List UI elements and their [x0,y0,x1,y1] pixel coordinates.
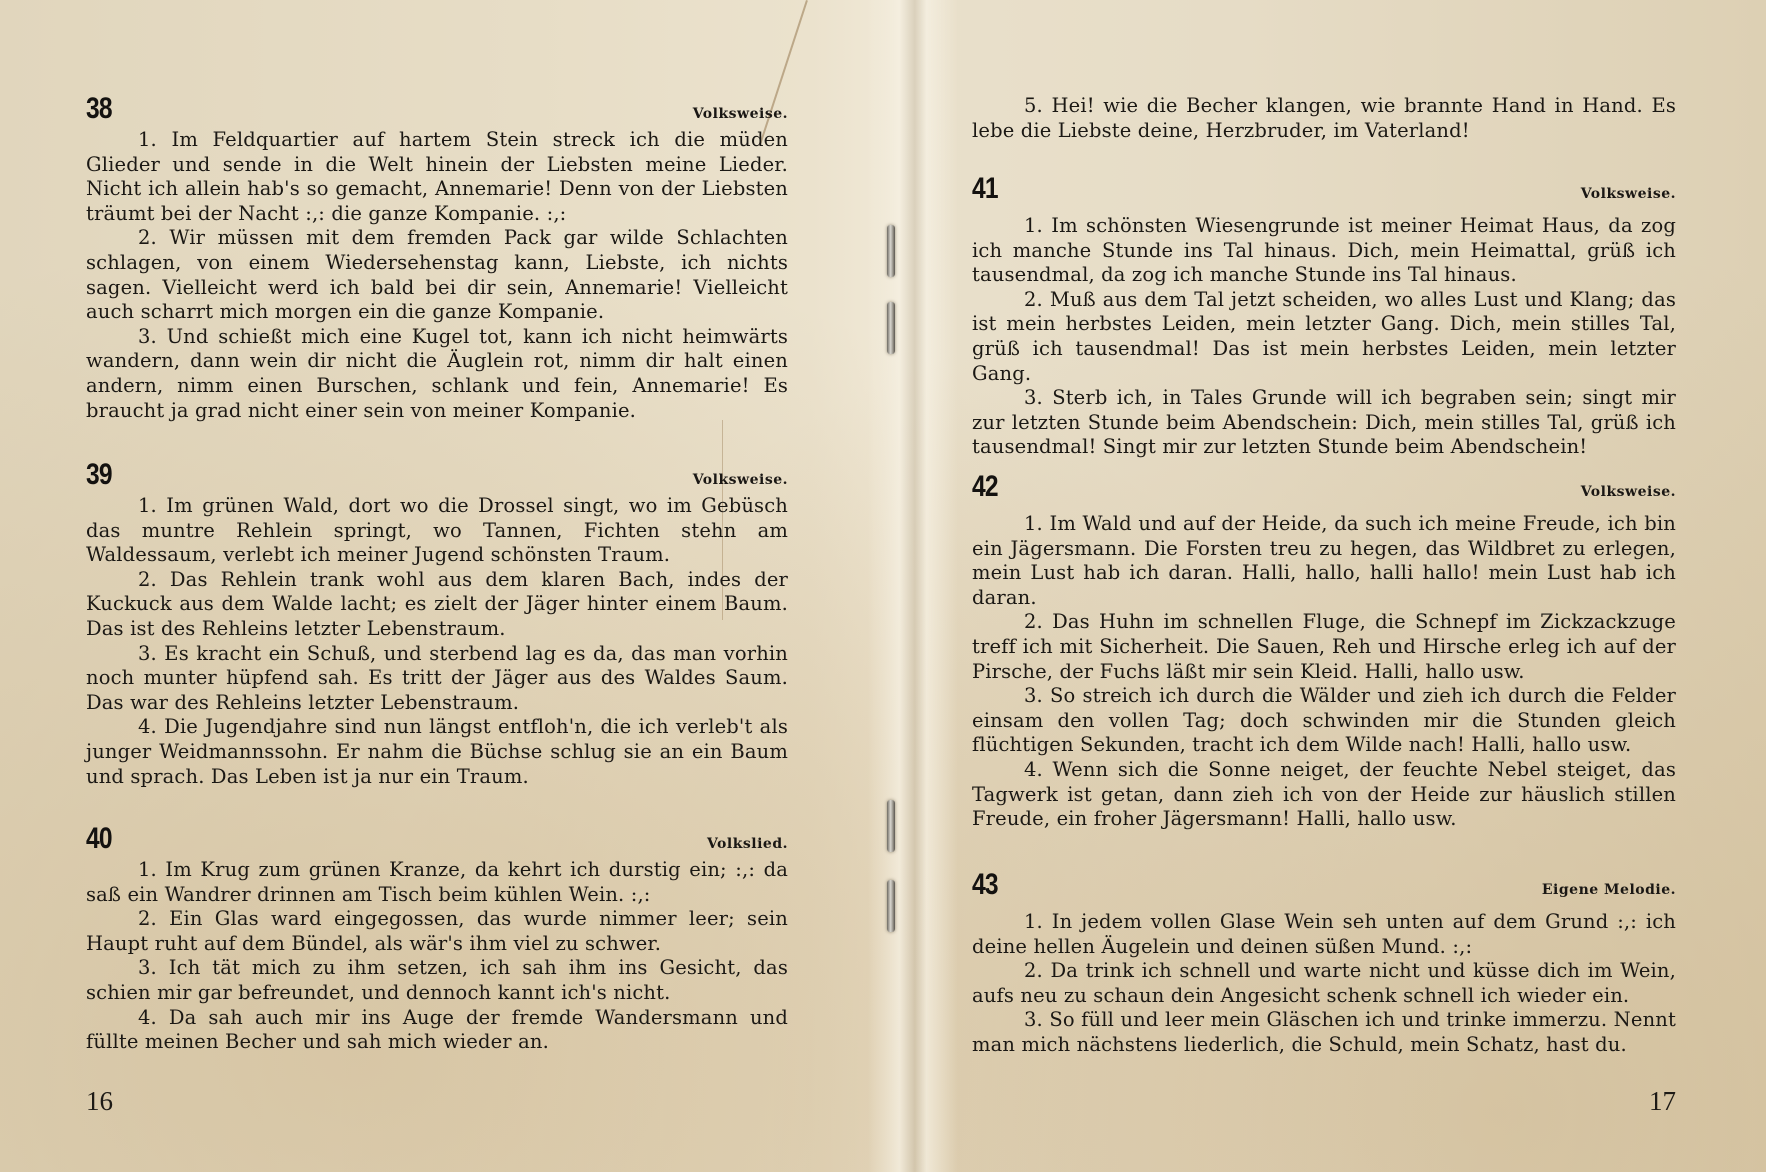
booklet-spread: 38 Volksweise. 1. Im Feldquartier auf ha… [0,0,1766,1172]
verse: 1. Im Wald und auf der Heide, da such ic… [972,512,1676,610]
page-number: 16 [86,1086,113,1117]
left-page: 38 Volksweise. 1. Im Feldquartier auf ha… [86,0,788,1172]
verse: 1. In jedem vollen Glase Wein seh unten … [972,910,1676,959]
song-header: 40 Volkslied. [86,822,788,856]
song-number: 41 [972,172,998,206]
song-header: 43 Eigene Melodie. [972,868,1676,902]
verse: 3. Es kracht ein Schuß, und sterbend lag… [86,642,788,716]
song-header: 39 Volksweise. [86,458,788,492]
staple [887,302,895,354]
song-header: 38 Volksweise. [86,92,788,126]
verses: 1. Im Feldquartier auf hartem Stein stre… [86,128,788,423]
song-43: 43 Eigene Melodie. 1. In jedem vollen Gl… [972,868,1676,1058]
verse: 3. So füll und leer mein Gläschen ich un… [972,1008,1676,1057]
verse: 2. Muß aus dem Tal jetzt scheiden, wo al… [972,288,1676,386]
song-tune: Volksweise. [693,472,788,492]
song-40: 40 Volkslied. 1. Im Krug zum grünen Kran… [86,822,788,1055]
song-number: 39 [86,458,112,492]
verse: 2. Ein Glas ward eingegossen, das wurde … [86,907,788,956]
verse: 5. Hei! wie die Becher klangen, wie bran… [972,94,1676,143]
song-tune: Volksweise. [1581,484,1676,504]
verse: 1. Im grünen Wald, dort wo die Drossel s… [86,494,788,568]
song-tune: Volksweise. [693,106,788,126]
song-40-continuation: 5. Hei! wie die Becher klangen, wie bran… [972,92,1676,143]
verse: 4. Wenn sich die Sonne neiget, der feuch… [972,758,1676,832]
staple [887,225,895,277]
verse: 2. Da trink ich schnell und warte nicht … [972,959,1676,1008]
verse: 2. Das Huhn im schnellen Fluge, die Schn… [972,610,1676,684]
song-header: 42 Volksweise. [972,470,1676,504]
song-tune: Eigene Melodie. [1542,882,1676,902]
verses: 1. Im schönsten Wiesengrunde ist meiner … [972,214,1676,460]
page-number: 17 [1649,1086,1676,1117]
song-41: 41 Volksweise. 1. Im schönsten Wiesengru… [972,172,1676,460]
verses: 1. Im Wald und auf der Heide, da such ic… [972,512,1676,832]
verses: 5. Hei! wie die Becher klangen, wie bran… [972,94,1676,143]
verse: 1. Im Feldquartier auf hartem Stein stre… [86,128,788,226]
book-spine [868,0,958,1172]
verse: 2. Wir müssen mit dem fremden Pack gar w… [86,226,788,324]
verse: 3. Ich tät mich zu ihm setzen, ich sah i… [86,956,788,1005]
song-header: 41 Volksweise. [972,172,1676,206]
verse: 1. Im Krug zum grünen Kranze, da kehrt i… [86,858,788,907]
verse: 2. Das Rehlein trank wohl aus dem klaren… [86,568,788,642]
verses: 1. In jedem vollen Glase Wein seh unten … [972,910,1676,1058]
verse: 3. Und schießt mich eine Kugel tot, kann… [86,325,788,423]
staple [887,800,895,852]
song-42: 42 Volksweise. 1. Im Wald und auf der He… [972,470,1676,832]
verse: 3. Sterb ich, in Tales Grunde will ich b… [972,386,1676,460]
song-number: 43 [972,868,998,902]
song-tune: Volkslied. [707,836,788,856]
verses: 1. Im grünen Wald, dort wo die Drossel s… [86,494,788,789]
staple [887,880,895,932]
verse: 1. Im schönsten Wiesengrunde ist meiner … [972,214,1676,288]
song-number: 40 [86,822,112,856]
song-39: 39 Volksweise. 1. Im grünen Wald, dort w… [86,458,788,789]
right-page: 5. Hei! wie die Becher klangen, wie bran… [972,0,1676,1172]
verse: 4. Die Jugendjahre sind nun längst entfl… [86,715,788,789]
verses: 1. Im Krug zum grünen Kranze, da kehrt i… [86,858,788,1055]
song-number: 42 [972,470,998,504]
verse: 3. So streich ich durch die Wälder und z… [972,684,1676,758]
song-number: 38 [86,92,112,126]
verse: 4. Da sah auch mir ins Auge der fremde W… [86,1006,788,1055]
song-38: 38 Volksweise. 1. Im Feldquartier auf ha… [86,92,788,423]
song-tune: Volksweise. [1581,186,1676,206]
